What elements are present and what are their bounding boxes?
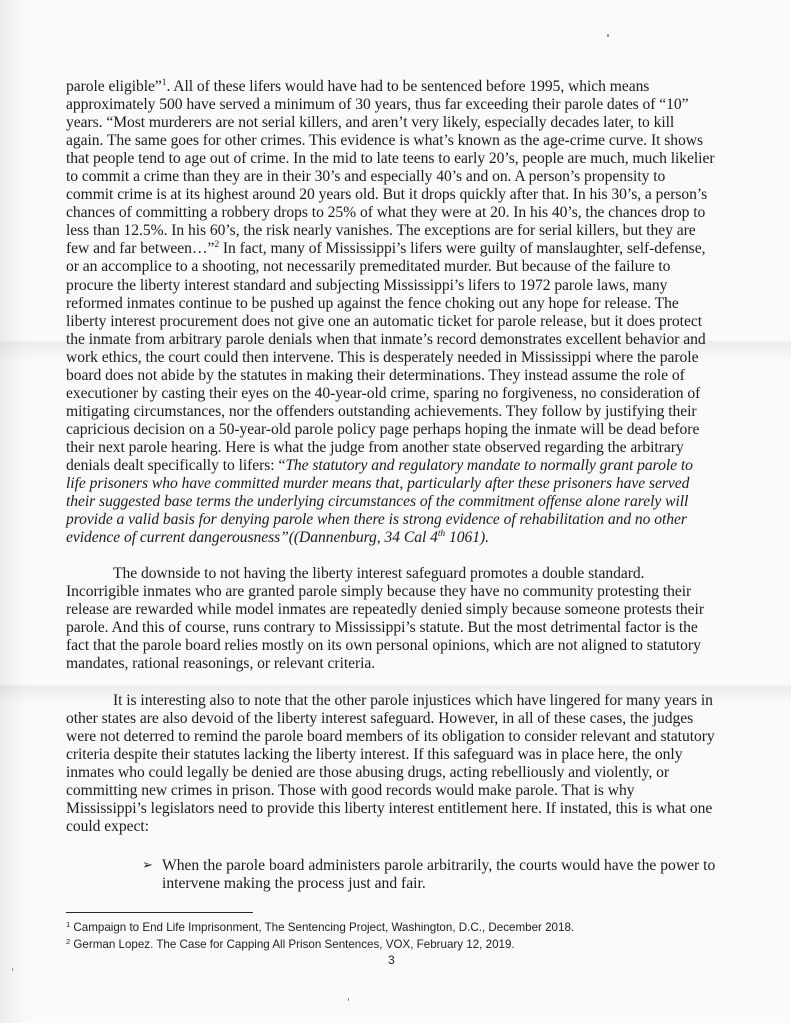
text-line: executioner by casting their eyes on the… <box>66 385 756 403</box>
bullet-text: When the parole board administers parole… <box>162 857 715 893</box>
footnote-number: 1 <box>66 920 70 929</box>
paragraph-gap <box>66 674 756 692</box>
body-text: parole eligible”1. All of these lifers w… <box>66 78 756 836</box>
bullet-list: ➢When the parole board administers parol… <box>142 857 715 893</box>
italic-quote: life prisoners who have committed murder… <box>66 475 689 492</box>
italic-quote: their suggested base terms the underlyin… <box>66 493 688 510</box>
scan-speck <box>348 998 349 1001</box>
text-line: liberty interest procurement does not gi… <box>66 313 756 331</box>
text-line: or an accomplice to a shooting, not nece… <box>66 258 756 276</box>
text-line: mitigating circumstances, nor the offend… <box>66 403 756 421</box>
text-line: The downside to not having the liberty i… <box>66 565 756 583</box>
text-line: approximately 500 have served a minimum … <box>66 96 756 114</box>
paragraph: It is interesting also to note that the … <box>66 692 756 836</box>
footnote-ref: 2 <box>214 240 219 250</box>
paragraph: parole eligible”1. All of these lifers w… <box>66 78 756 547</box>
text-line: that people tend to age out of crime. In… <box>66 150 756 168</box>
text-line: to commit a crime than they are in their… <box>66 168 756 186</box>
text-line: parole. And this of course, runs contrar… <box>66 619 756 637</box>
text-line: commit crime is at its highest around 20… <box>66 186 756 204</box>
text-line: evidence of current dangerousness”((Dann… <box>66 529 756 547</box>
scan-speck <box>607 34 609 37</box>
footnotes: 1 Campaign to End Life Imprisonment, The… <box>66 919 574 953</box>
text-line: fact that the parole board relies mostly… <box>66 637 756 655</box>
text-line: release are rewarded while model inmates… <box>66 601 756 619</box>
bullet-item: ➢When the parole board administers parol… <box>142 857 715 893</box>
text-line: reformed inmates continue to be pushed u… <box>66 295 756 313</box>
text-line: Incorrigible inmates who are granted par… <box>66 583 756 601</box>
footnote-number: 2 <box>66 937 70 946</box>
paragraph-gap <box>66 547 756 565</box>
text-line: their suggested base terms the underlyin… <box>66 493 756 511</box>
text-line: their next parole hearing. Here is what … <box>66 439 756 457</box>
text-line: It is interesting also to note that the … <box>66 692 756 710</box>
text-line: committing new crimes in prison. Those w… <box>66 782 756 800</box>
text-line: Mississippi’s legislators need to provid… <box>66 800 756 818</box>
text-line: were not deterred to remind the parole b… <box>66 728 756 746</box>
paragraph: The downside to not having the liberty i… <box>66 565 756 673</box>
italic-quote: The statutory and regulatory mandate to … <box>285 457 693 474</box>
footnote-ref: 1 <box>162 78 167 88</box>
text-line: chances of committing a robbery drops to… <box>66 204 756 222</box>
text-line: denials dealt specifically to lifers: “T… <box>66 457 756 475</box>
arrowhead-bullet-icon: ➢ <box>142 857 162 893</box>
footnote: 1 Campaign to End Life Imprisonment, The… <box>66 919 574 936</box>
italic-quote: 1061). <box>445 529 489 546</box>
text-line: mandates, rational reasonings, or releva… <box>66 655 756 673</box>
text-line: the inmate from arbitrary parole denials… <box>66 331 756 349</box>
text-line: When the parole board administers parole… <box>162 857 715 875</box>
italic-quote: evidence of current dangerousness”((Dann… <box>66 529 438 546</box>
scanned-page: parole eligible”1. All of these lifers w… <box>0 0 791 1023</box>
text-line: parole eligible”1. All of these lifers w… <box>66 78 756 96</box>
text-line: less than 12.5%. In his 60’s, the risk n… <box>66 222 756 240</box>
italic-quote: provide a valid basis for denying parole… <box>66 511 687 528</box>
text-line: criteria despite their statutes lacking … <box>66 746 756 764</box>
text-line: could expect: <box>66 818 756 836</box>
text-line: capricious decision on a 50-year-old par… <box>66 421 756 439</box>
text-line: other states are also devoid of the libe… <box>66 710 756 728</box>
text-line: few and far between…”2 In fact, many of … <box>66 240 756 258</box>
text-line: intervene making the process just and fa… <box>162 875 715 893</box>
text-line: board does not abide by the statutes in … <box>66 367 756 385</box>
text-line: inmates who could legally be denied are … <box>66 764 756 782</box>
page-number: 3 <box>388 953 395 967</box>
text-line: years. “Most murderers are not serial ki… <box>66 114 756 132</box>
footnote: 2 German Lopez. The Case for Capping All… <box>66 936 574 953</box>
text-line: life prisoners who have committed murder… <box>66 475 756 493</box>
text-line: again. The same goes for other crimes. T… <box>66 132 756 150</box>
footnote-separator <box>66 912 253 913</box>
text-line: work ethics, the court could then interv… <box>66 349 756 367</box>
text-line: provide a valid basis for denying parole… <box>66 511 756 529</box>
scan-speck <box>12 968 13 971</box>
text-line: procure the liberty interest standard an… <box>66 277 756 295</box>
